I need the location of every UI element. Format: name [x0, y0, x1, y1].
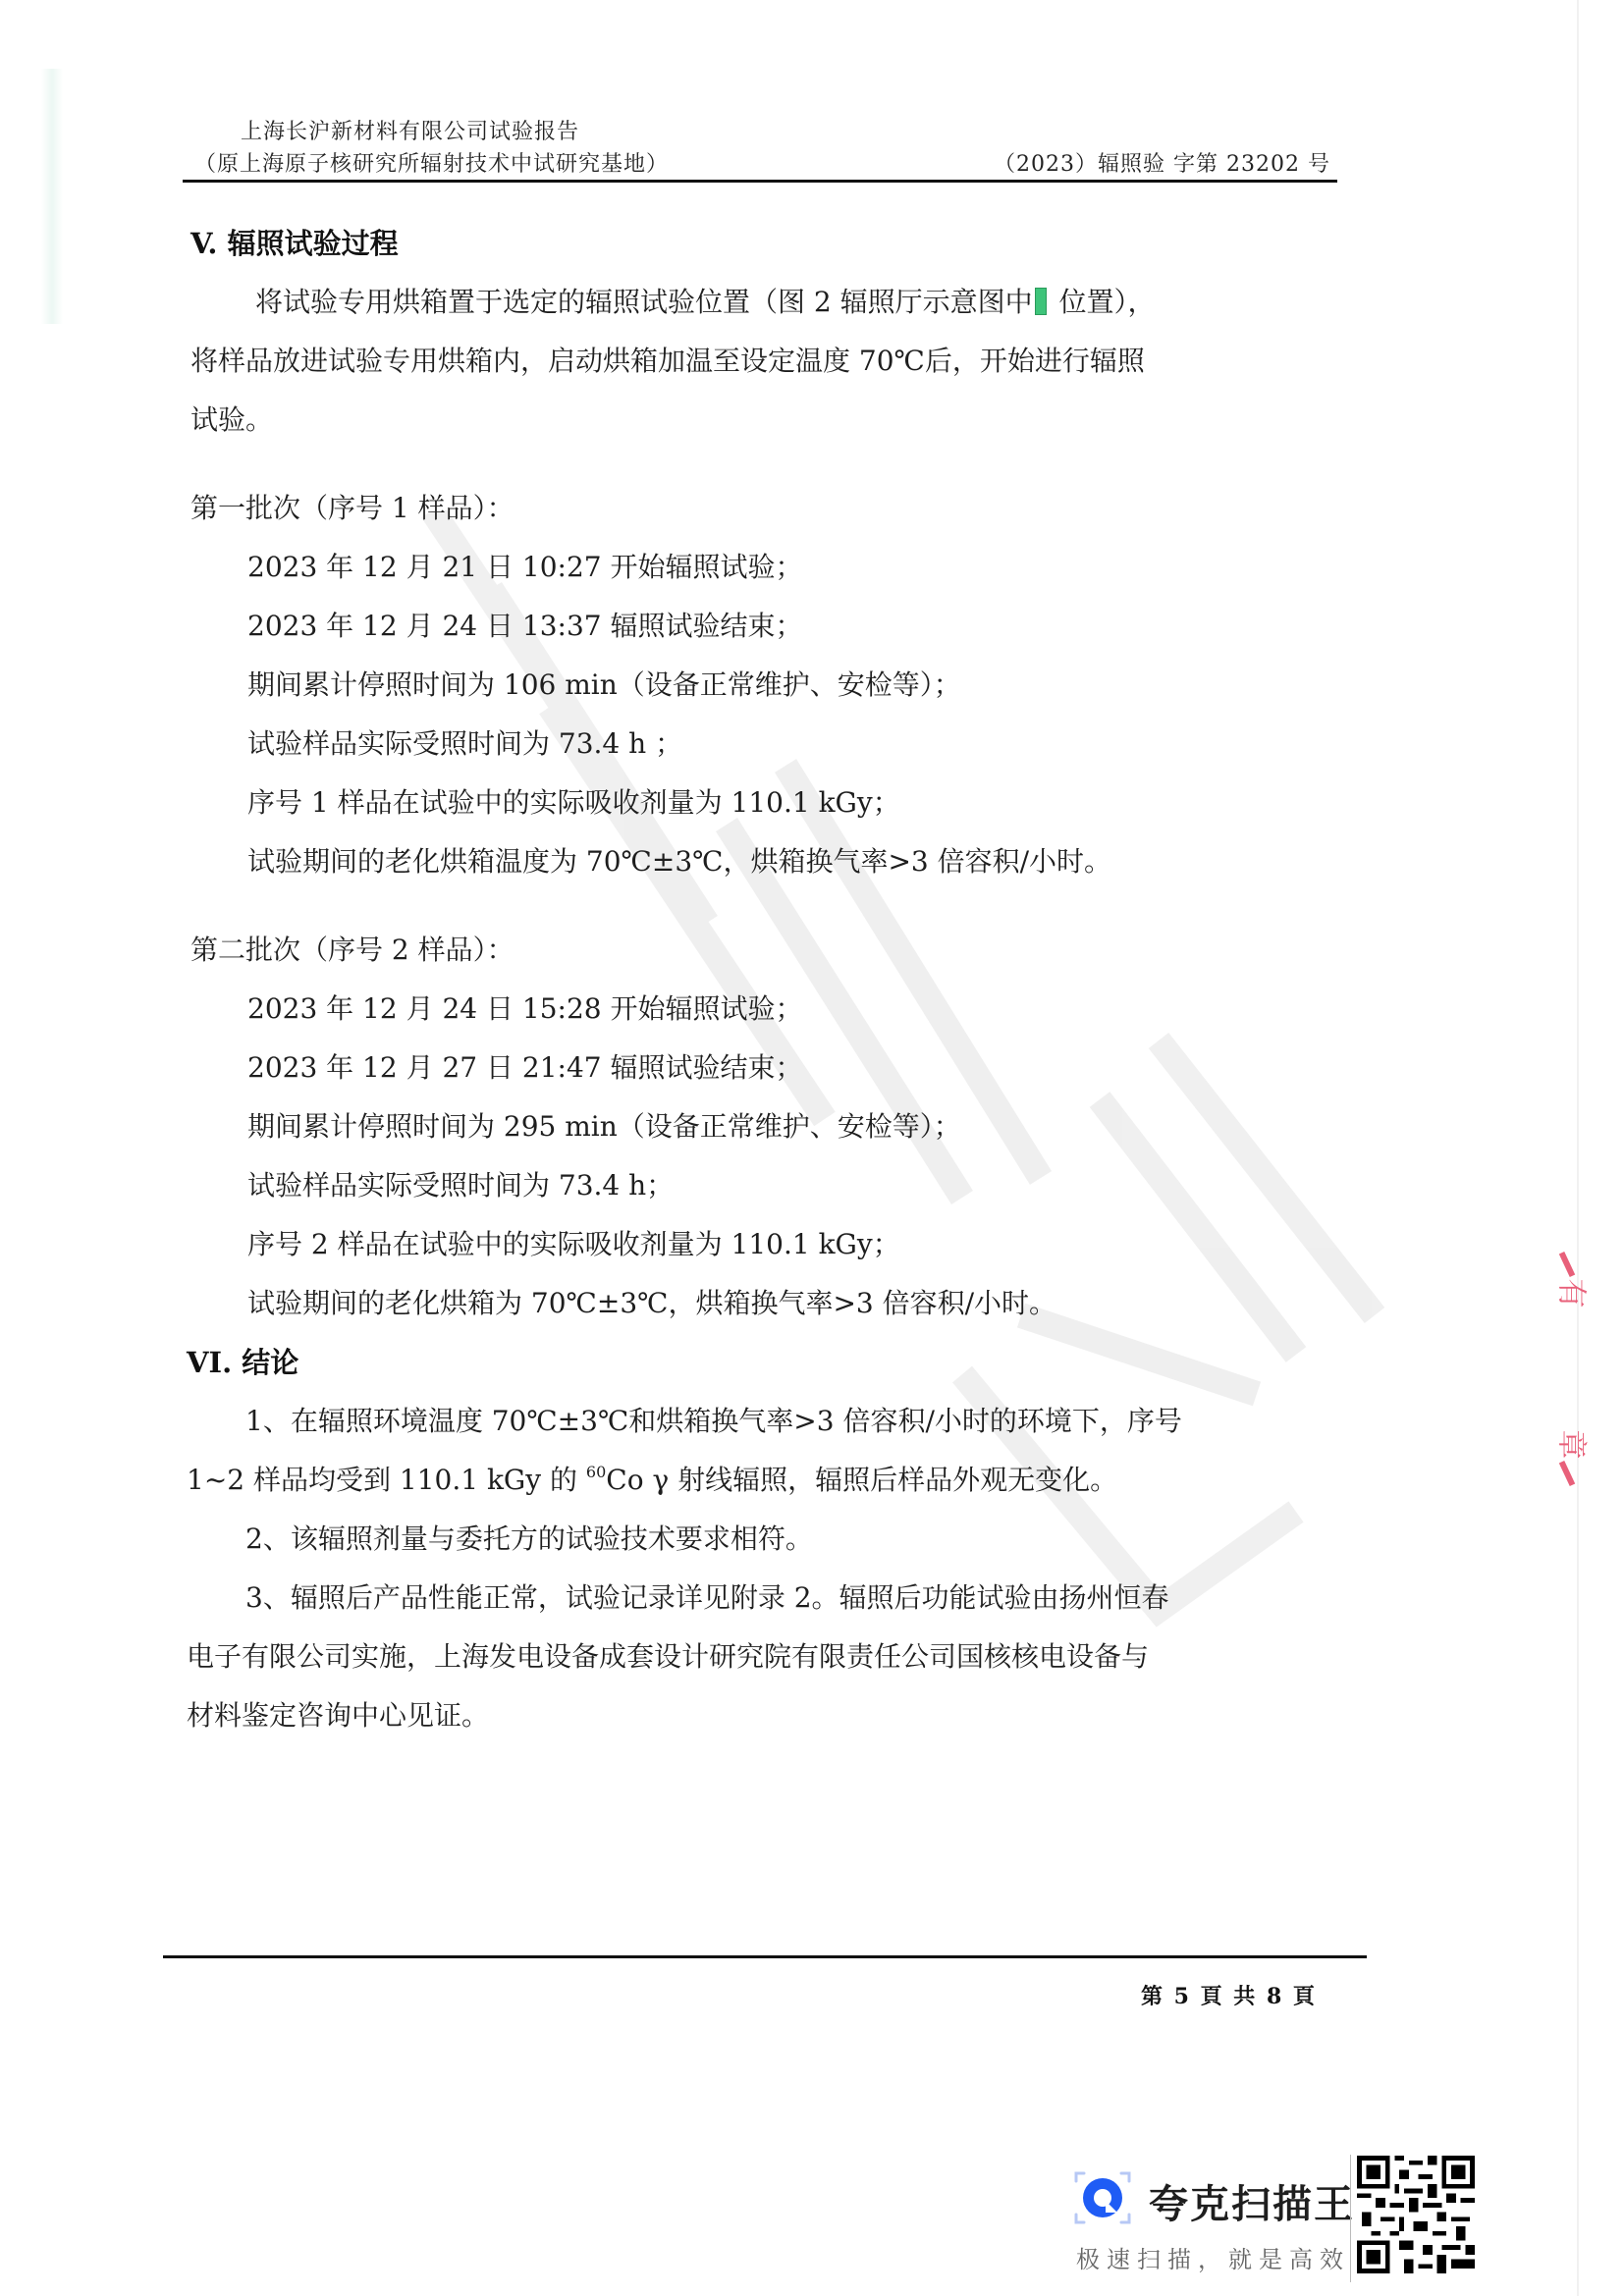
stamp-char: 章	[1555, 1430, 1588, 1460]
branding-divider	[1350, 2155, 1351, 2282]
intro-text: 将试验专用烘箱置于选定的辐照试验位置（图 2 辐照厅示意图中	[255, 286, 1033, 318]
conclusion-3-line-1: 3、辐照后产品性能正常，试验记录详见附录 2。辐照后功能试验由扬州恒春	[245, 1576, 1169, 1616]
batch1-dose: 序号 1 样品在试验中的实际吸收剂量为 110.1 kGy；	[247, 781, 900, 821]
conclusion-text: 1~2 样品均受到 110.1 kGy 的	[187, 1464, 586, 1496]
conclusion-1-line-1: 1、在辐照环境温度 70℃±3℃和烘箱换气率>3 倍容积/小时的环境下，序号	[245, 1400, 1182, 1439]
batch1-exposure: 试验样品实际受照时间为 73.4 h ；	[247, 722, 682, 762]
stamp-char: 有	[1555, 1279, 1588, 1308]
scan-edge-shadow	[41, 69, 63, 324]
report-company-title: 上海长沪新材料有限公司试验报告	[241, 115, 579, 145]
intro-text: 位置），	[1051, 286, 1156, 318]
intro-line-3: 试验。	[190, 399, 273, 438]
conclusion-1-line-2: 1~2 样品均受到 110.1 kGy 的 60Co γ 射线辐照，辐照后样品外…	[187, 1459, 1117, 1498]
scanner-branding: 夸克扫描王 极速扫描，就是高效	[1072, 2160, 1396, 2277]
batch1-heading: 第一批次（序号 1 样品）：	[190, 487, 514, 526]
green-position-marker-icon	[1035, 288, 1047, 315]
footer-rule	[163, 1955, 1367, 1958]
quark-scanner-logo-icon	[1072, 2167, 1133, 2228]
seal-stamp-fragment-upper: 有	[1556, 1252, 1586, 1309]
section-title-conclusion: VI. 结论	[187, 1341, 298, 1381]
intro-line-1: 将试验专用烘箱置于选定的辐照试验位置（图 2 辐照厅示意图中 位置），	[255, 281, 1156, 320]
batch2-temperature: 试验期间的老化烘箱为 70℃±3℃，烘箱换气率>3 倍容积/小时。	[247, 1282, 1056, 1321]
stamp-stroke-icon	[1559, 1461, 1575, 1486]
batch2-end: 2023 年 12 月 27 日 21:47 辐照试验结束；	[247, 1046, 803, 1086]
batch2-heading: 第二批次（序号 2 样品）：	[190, 929, 514, 968]
page-number: 第 5 頁 共 8 頁	[1141, 1980, 1317, 2010]
batch2-downtime: 期间累计停照时间为 295 min（设备正常维护、安检等）；	[247, 1105, 961, 1145]
conclusion-2: 2、该辐照剂量与委托方的试验技术要求相符。	[245, 1518, 813, 1557]
report-subtitle: （原上海原子核研究所辐射技术中试研究基地）	[194, 147, 669, 178]
page-edge	[1577, 0, 1579, 2296]
batch2-exposure: 试验样品实际受照时间为 73.4 h；	[247, 1164, 674, 1203]
qr-code-icon[interactable]	[1357, 2156, 1475, 2273]
batch1-temperature: 试验期间的老化烘箱温度为 70℃±3℃，烘箱换气率>3 倍容积/小时。	[247, 840, 1111, 880]
batch1-downtime: 期间累计停照时间为 106 min（设备正常维护、安检等）；	[247, 664, 961, 703]
conclusion-3-line-3: 材料鉴定咨询中心见证。	[187, 1694, 489, 1734]
section-title-process: V. 辐照试验过程	[190, 222, 399, 262]
stamp-stroke-icon	[1559, 1252, 1575, 1277]
conclusion-text: Co γ 射线辐照，辐照后样品外观无变化。	[606, 1464, 1117, 1496]
scanner-app-name: 夸克扫描王	[1149, 2173, 1355, 2229]
batch2-start: 2023 年 12 月 24 日 15:28 开始辐照试验；	[247, 988, 803, 1027]
report-code: （2023）辐照验 字第 23202 号	[994, 147, 1330, 178]
batch1-end: 2023 年 12 月 24 日 13:37 辐照试验结束；	[247, 605, 803, 644]
isotope-mass-number: 60	[586, 1463, 606, 1481]
conclusion-3-line-2: 电子有限公司实施，上海发电设备成套设计研究院有限责任公司国核核电设备与	[187, 1635, 1149, 1675]
header-rule	[183, 180, 1337, 183]
batch1-start: 2023 年 12 月 21 日 10:27 开始辐照试验；	[247, 546, 803, 585]
scanner-slogan: 极速扫描，就是高效	[1076, 2240, 1350, 2274]
intro-line-2: 将样品放进试验专用烘箱内，启动烘箱加温至设定温度 70℃后，开始进行辐照	[190, 340, 1145, 379]
batch2-dose: 序号 2 样品在试验中的实际吸收剂量为 110.1 kGy；	[247, 1223, 900, 1262]
seal-stamp-fragment-lower: 章	[1556, 1428, 1586, 1486]
